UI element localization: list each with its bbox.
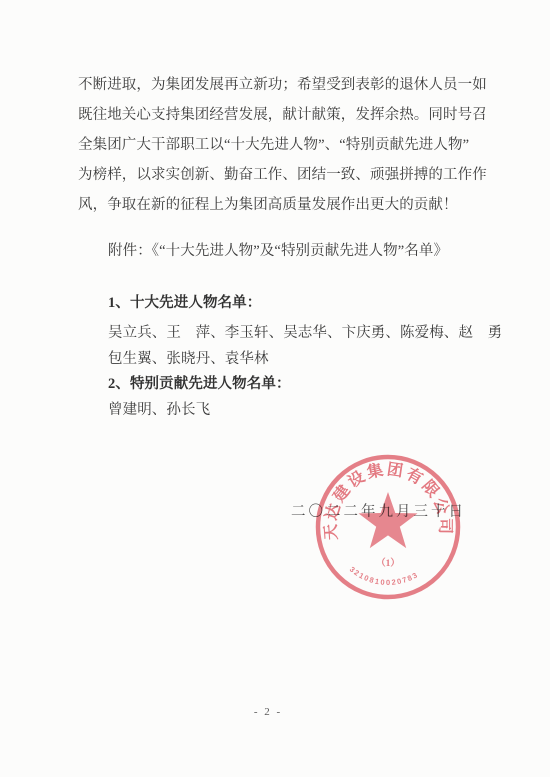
seal-star-icon (359, 492, 418, 548)
page-number: - 2 - (0, 706, 536, 718)
attachment-line: 附件：《“十大先进人物”及“特别贡献先进人物”名单》 (108, 240, 448, 262)
document-page: 不断进取，为集团发展再立新功；希望受到表彰的退休人员一如 既往地关心支持集团经营… (0, 0, 550, 777)
section-2-names: 曾建明、孙长飞 (108, 399, 210, 421)
seal-number: （1） (376, 557, 400, 569)
section-1-names-line-2: 包生翼、张晓丹、袁华林 (108, 348, 269, 370)
paragraph-line: 不断进取，为集团发展再立新功；希望受到表彰的退休人员一如 (78, 74, 487, 96)
paragraph-line: 既往地关心支持集团经营发展，献计献策，发挥余热。同时号召 (78, 104, 487, 126)
section-2-heading: 2、特别贡献先进人物名单： (108, 373, 291, 395)
section-1-names-line-1: 吴立兵、王 萍、李玉轩、吴志华、卞庆勇、陈爱梅、赵 勇 (108, 322, 502, 344)
paragraph-line: 为榜样，以求实创新、勤奋工作、团结一致、顽强拼搏的工作作 (78, 164, 487, 186)
paragraph-line: 风，争取在新的征程上为集团高质量发展作出更大的贡献！ (78, 194, 458, 216)
company-seal: 天达建设集团有限公司 （1） 3210810020783 (303, 442, 473, 612)
section-1-heading: 1、十大先进人物名单： (108, 292, 261, 314)
paragraph-line: 全集团广大干部职工以“十大先进人物”、“特别贡献先进人物” (78, 134, 469, 156)
